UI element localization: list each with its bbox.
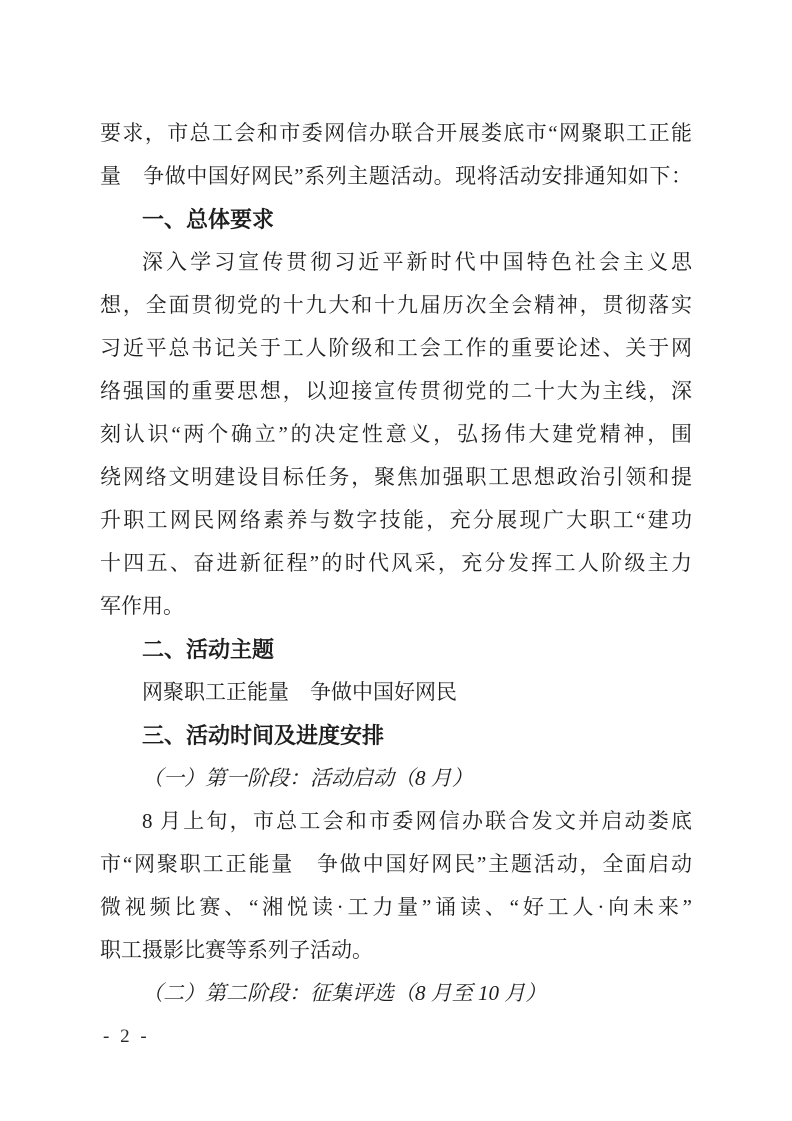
stage-1-heading: （一）第一阶段：活动启动（8 月） [100, 757, 692, 800]
activity-theme-line: 网聚职工正能量 争做中国好网民 [100, 671, 692, 714]
text-line: 绕网络文明建设目标任务，聚焦加强职工思想政治引领和提 [100, 456, 692, 499]
text-line: 8 月上旬，市总工会和市委网信办联合发文并启动娄底 [100, 800, 692, 843]
text-line: 想，全面贯彻党的十九大和十九届历次全会精神，贯彻落实 [100, 284, 692, 327]
text-line: 十四五、奋进新征程”的时代风采，充分发挥工人阶级主力 [100, 542, 692, 585]
section-1: 一、总体要求 深入学习宣传贯彻习近平新时代中国特色社会主义思 想，全面贯彻党的十… [100, 198, 692, 628]
text-line: 量 争做中国好网民”系列主题活动。现将活动安排通知如下： [100, 155, 692, 198]
page-number: - 2 - [103, 1015, 150, 1058]
text-line: 习近平总书记关于工人阶级和工会工作的重要论述、关于网 [100, 327, 692, 370]
text-line: 市“网聚职工正能量 争做中国好网民”主题活动，全面启动 [100, 843, 692, 886]
text-line: 深入学习宣传贯彻习近平新时代中国特色社会主义思 [100, 241, 692, 284]
section-heading-schedule: 三、活动时间及进度安排 [100, 714, 692, 757]
section-3: 三、活动时间及进度安排 （一）第一阶段：活动启动（8 月） 8 月上旬，市总工会… [100, 714, 692, 1015]
document-body: 要求，市总工会和市委网信办联合开展娄底市“网聚职工正能 量 争做中国好网民”系列… [100, 112, 692, 1015]
text-line: 职工摄影比赛等系列子活动。 [100, 929, 692, 972]
text-line: 微视频比赛、“湘悦读·工力量”诵读、“好工人·向未来” [100, 886, 692, 929]
text-line: 刻认识“两个确立”的决定性意义，弘扬伟大建党精神，围 [100, 413, 692, 456]
document-page: 要求，市总工会和市委网信办联合开展娄底市“网聚职工正能 量 争做中国好网民”系列… [0, 0, 792, 1121]
text-line: 升职工网民网络素养与数字技能，充分展现广大职工“建功 [100, 499, 692, 542]
section-heading-activity-theme: 二、活动主题 [100, 628, 692, 671]
text-line: 络强国的重要思想，以迎接宣传贯彻党的二十大为主线，深 [100, 370, 692, 413]
intro-continuation-paragraph: 要求，市总工会和市委网信办联合开展娄底市“网聚职工正能 量 争做中国好网民”系列… [100, 112, 692, 198]
text-line: 要求，市总工会和市委网信办联合开展娄底市“网聚职工正能 [100, 112, 692, 155]
section-heading-overall-requirements: 一、总体要求 [100, 198, 692, 241]
text-line: 军作用。 [100, 585, 692, 628]
section-2: 二、活动主题 网聚职工正能量 争做中国好网民 [100, 628, 692, 714]
stage-2-heading: （二）第二阶段：征集评选（8 月至 10 月） [100, 972, 692, 1015]
